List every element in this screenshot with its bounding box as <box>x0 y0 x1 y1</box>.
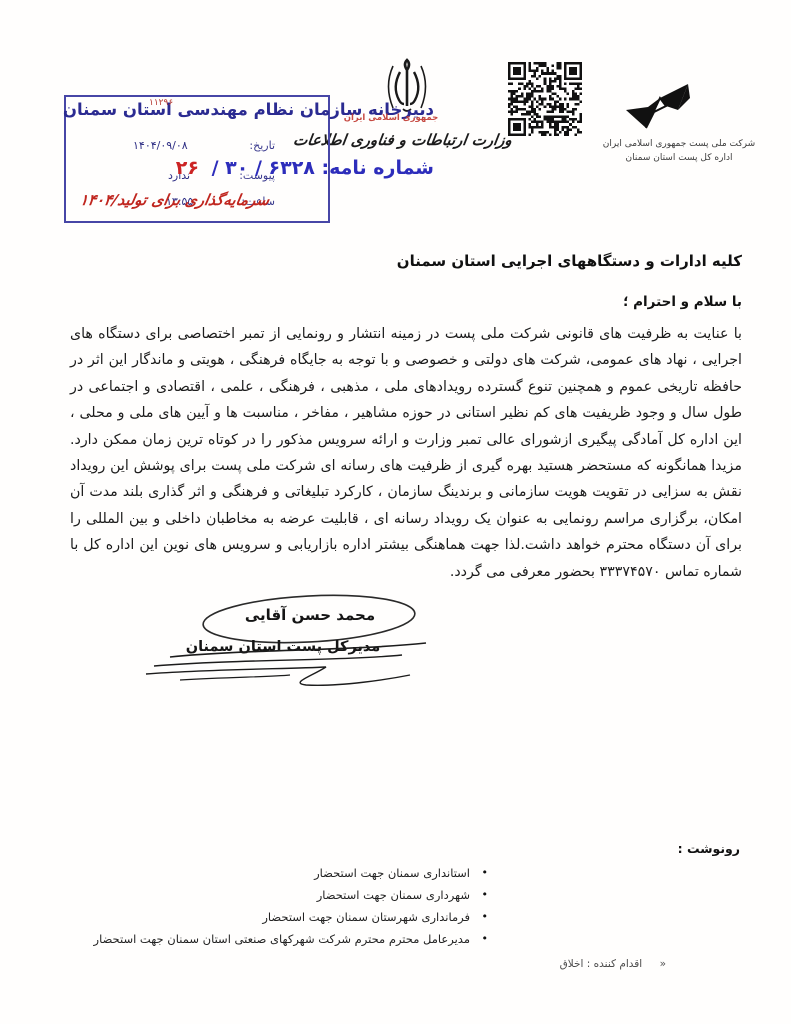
action-note: « اقدام کننده : اخلاق <box>560 958 666 970</box>
org-name-line1: شرکت ملی پست جمهوری اسلامی ایران <box>586 137 772 151</box>
signature-block: محمد حسن آقایی مدیرکل پست استان سمنان <box>140 585 440 700</box>
letter-number-label: شماره نامه: <box>322 157 434 179</box>
recipient-heading: کلیه ادارات و دستگاههای اجرایی استان سمن… <box>397 252 742 270</box>
cc-item-text: استانداری سمنان جهت استحضار <box>314 862 470 884</box>
iran-post-bird-logo-icon <box>620 76 694 134</box>
salutation: با سلام و احترام ؛ <box>623 294 742 310</box>
letter-number-value: ۶۳۲۸ / ۳۰ / <box>212 157 315 179</box>
action-note-text: اقدام کننده : اخلاق <box>560 958 643 970</box>
cc-item: • فرمانداری شهرستان سمنان جهت استحضار <box>94 906 488 928</box>
org-name-block: شرکت ملی پست جمهوری اسلامی ایران اداره ک… <box>586 137 772 165</box>
letter-number-red-part: ۲۶ <box>176 157 205 179</box>
cc-item: • شهرداری سمنان جهت استحضار <box>94 884 488 906</box>
red-overlay-text: جمهوری اسلامی ایران <box>343 113 439 123</box>
letter-number-line: شماره نامه: ۶۳۲۸ / ۳۰ / ۲۶ <box>140 157 434 179</box>
red-year-slogan-stamp: سرمایه‌گذاری برای تولید/۱۴۰۴ <box>78 191 321 209</box>
handwritten-signature-icon <box>140 625 440 695</box>
signer-name: محمد حسن آقایی <box>210 606 410 624</box>
bullet-icon: • <box>470 862 488 884</box>
bullet-icon: • <box>470 906 488 928</box>
cc-list: • استانداری سمنان جهت استحضار • شهرداری … <box>94 862 488 950</box>
cc-label: رونوشت : <box>678 841 740 856</box>
date-label: تاریخ: <box>249 139 275 152</box>
date-value: ۱۴۰۴/۰۹/۰۸ <box>133 139 188 152</box>
guillemet-mark-icon: « <box>646 958 666 970</box>
org-name-line2: اداره کل پست استان سمنان <box>586 151 772 165</box>
stamp-field-date: تاریخ: ۱۴۰۴/۰۹/۰۸ <box>133 139 275 152</box>
letter-body: با عنایت به ظرفیت های قانونی شرکت ملی پس… <box>70 321 742 585</box>
bullet-icon: • <box>470 884 488 906</box>
scanned-letter-page: وزارت ارتباطات و فناوری اطلاعات شرکت ملی… <box>0 0 791 1024</box>
overlay-number: ۱۱۲۹۶ <box>149 98 173 108</box>
cc-item-text: شهرداری سمنان جهت استحضار <box>317 884 470 906</box>
cc-item: • استانداری سمنان جهت استحضار <box>94 862 488 884</box>
cc-item-text: فرمانداری شهرستان سمنان جهت استحضار <box>262 906 470 928</box>
qr-code-icon <box>508 62 582 136</box>
ministry-script-text: وزارت ارتباطات و فناوری اطلاعات <box>299 131 514 149</box>
cc-item: • مدیرعامل محترم محترم شرکت شهرکهای صنعت… <box>94 928 488 950</box>
bullet-icon: • <box>470 928 488 950</box>
cc-item-text: مدیرعامل محترم محترم شرکت شهرکهای صنعتی … <box>94 928 470 950</box>
